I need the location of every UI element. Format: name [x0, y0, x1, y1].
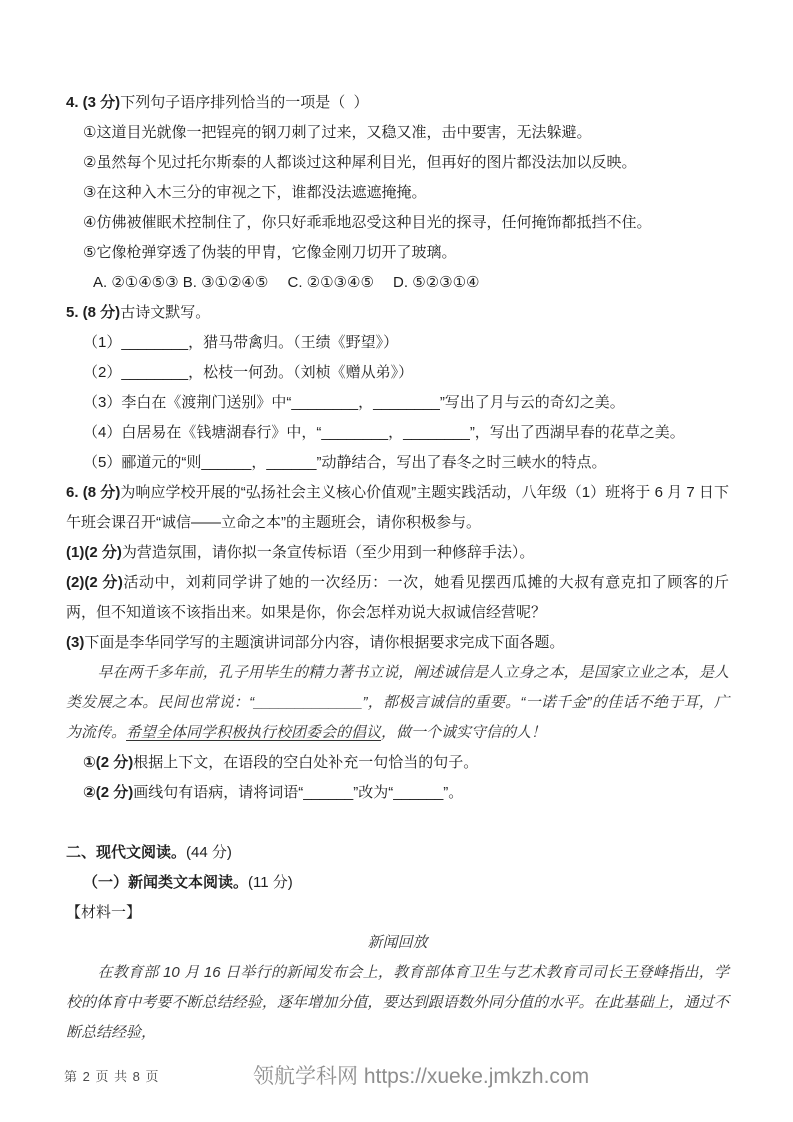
question-6-sub1: ①(2 分)根据上下文，在语段的空白处补充一句恰当的句子。 — [66, 748, 729, 778]
speech-paragraph: 早在两千多年前，孔子用毕生的精力著书立说，阐述诚信是人立身之本，是国家立业之本，… — [66, 658, 729, 748]
question-6-part2-number: (2)(2 分) — [66, 574, 123, 591]
question-4-options: A. ②①④⑤③ B. ③①②④⑤ C. ②①③④⑤ D. ⑤②③①④ — [66, 268, 729, 298]
question-6-sub1-text: 根据上下文，在语段的空白处补充一句恰当的句子。 — [133, 754, 478, 771]
question-6-part1-number: (1)(2 分) — [66, 544, 122, 561]
question-4-sentence-2: ②虽然每个见过托尔斯泰的人都谈过这种犀利目光，但再好的图片都没法加以反映。 — [66, 148, 729, 178]
question-6-sub2-number: ②(2 分) — [83, 784, 133, 801]
question-5-item-2: （2）________，松枝一何劲。（刘桢《赠从弟》） — [66, 358, 729, 388]
question-4-sentence-3: ③在这种入木三分的审视之下，谁都没法遮遮掩掩。 — [66, 178, 729, 208]
section-2-subheading-text: （一）新闻类文本阅读。 — [83, 874, 248, 891]
section-2-heading-score: (44 分) — [186, 844, 232, 861]
question-6-part1: (1)(2 分)为营造氛围，请你拟一条宣传标语（至少用到一种修辞手法）。 — [66, 538, 729, 568]
question-6-part3: (3)下面是李华同学写的主题演讲词部分内容，请你根据要求完成下面各题。 — [66, 628, 729, 658]
question-6-part2: (2)(2 分)活动中，刘莉同学讲了她的一次经历：一次，她看见摆西瓜摊的大叔有意… — [66, 568, 729, 628]
material-1-label: 【材料一】 — [66, 898, 729, 928]
question-6-sub2: ②(2 分)画线句有语病，请将词语“______”改为“______”。 — [66, 778, 729, 808]
question-6-part3-text: 下面是李华同学写的主题演讲词部分内容，请你根据要求完成下面各题。 — [84, 634, 564, 651]
question-4-title: 4. (3 分)下列句子语序排列恰当的一项是（ ） — [66, 88, 729, 118]
footer-page-indicator: 第 2 页 共 8 页 — [64, 1068, 160, 1086]
question-6-sub1-number: ①(2 分) — [83, 754, 133, 771]
question-5-item-1: （1）________，猎马带禽归。（王绩《野望》） — [66, 328, 729, 358]
exam-page: 4. (3 分)下列句子语序排列恰当的一项是（ ） ①这道目光就像一把锃亮的钢刀… — [0, 0, 793, 1122]
question-6-number: 6. (8 分) — [66, 484, 120, 501]
question-6-sub2-text: 画线句有语病，请将词语“______”改为“______”。 — [133, 784, 463, 801]
question-5-item-4: （4）白居易在《钱塘湖春行》中，“________，________”，写出了西… — [66, 418, 729, 448]
question-4-title-text: 下列句子语序排列恰当的一项是（ ） — [120, 94, 368, 111]
speech-underlined-clause: 希望全体同学积极执行校团委会的倡议 — [126, 724, 381, 741]
question-6-part2-text: 活动中，刘莉同学讲了她的一次经历：一次，她看见摆西瓜摊的大叔有意克扣了顾客的斤两… — [66, 574, 729, 621]
question-5-title: 5. (8 分)古诗文默写。 — [66, 298, 729, 328]
news-paragraph: 在教育部 10 月 16 日举行的新闻发布会上，教育部体育卫生与艺术教育司司长王… — [66, 958, 729, 1048]
question-6-part3-number: (3) — [66, 634, 84, 651]
speech-text-after: ，做一个诚实守信的人！ — [381, 724, 546, 741]
news-title: 新闻回放 — [66, 928, 729, 958]
section-2-subheading-score: (11 分) — [248, 874, 293, 891]
section-2-heading-text: 二、现代文阅读。 — [66, 844, 186, 861]
footer-watermark: 领航学科网 https://xueke.jmkzh.com — [253, 1064, 589, 1090]
question-4-number: 4. (3 分) — [66, 94, 120, 111]
section-2-subheading: （一）新闻类文本阅读。(11 分) — [66, 868, 729, 898]
question-4-sentence-1: ①这道目光就像一把锃亮的钢刀刺了过来，又稳又准，击中要害，无法躲避。 — [66, 118, 729, 148]
question-6-intro: 6. (8 分)为响应学校开展的“弘扬社会主义核心价值观”主题实践活动，八年级（… — [66, 478, 729, 538]
question-6-part1-text: 为营造氛围，请你拟一条宣传标语（至少用到一种修辞手法）。 — [122, 544, 535, 561]
question-5-item-5: （5）郦道元的“则______，______”动静结合，写出了春冬之时三峡水的特… — [66, 448, 729, 478]
section-2-heading: 二、现代文阅读。(44 分) — [66, 838, 729, 868]
question-5-title-text: 古诗文默写。 — [120, 304, 210, 321]
question-5-item-3: （3）李白在《渡荆门送别》中“________，________”写出了月与云的… — [66, 388, 729, 418]
page-content: 4. (3 分)下列句子语序排列恰当的一项是（ ） ①这道目光就像一把锃亮的钢刀… — [0, 0, 793, 1048]
question-6-intro-text: 为响应学校开展的“弘扬社会主义核心价值观”主题实践活动，八年级（1）班将于 6 … — [66, 484, 729, 531]
question-4-sentence-5: ⑤它像枪弹穿透了伪装的甲胄，它像金刚刀切开了玻璃。 — [66, 238, 729, 268]
question-4-sentence-4: ④仿佛被催眠术控制住了，你只好乖乖地忍受这种目光的探寻，任何掩饰都抵挡不住。 — [66, 208, 729, 238]
question-5-number: 5. (8 分) — [66, 304, 120, 321]
